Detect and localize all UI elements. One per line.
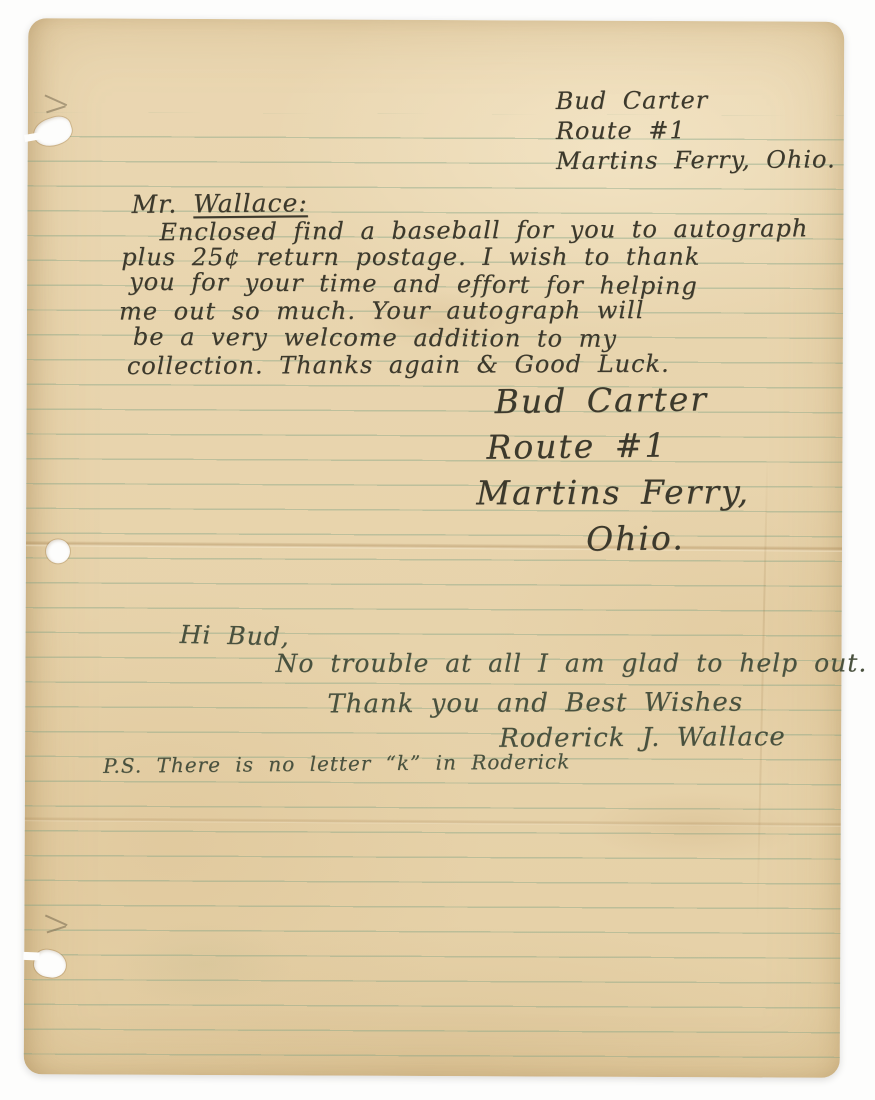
sender-address-line: Martins Ferry, Ohio. xyxy=(556,144,836,176)
tear-edge xyxy=(24,132,43,142)
body-line: be a very welcome addition to my xyxy=(133,323,617,353)
body-line: plus 25¢ return postage. I wish to thank xyxy=(121,243,700,272)
sender-address-line: Bud Carter xyxy=(556,84,836,116)
body-line: Enclosed find a baseball for you to auto… xyxy=(159,214,808,246)
tear-mark-top xyxy=(42,96,72,118)
body-line: me out so much. Your autograph will xyxy=(119,296,644,325)
signature-line: Ohio. xyxy=(586,518,685,558)
sender-address-line: Route #1 xyxy=(556,114,836,146)
salutation-name: Wallace: xyxy=(193,188,308,218)
reply-line: Thank you and Best Wishes xyxy=(327,688,743,720)
punch-hole-middle xyxy=(46,539,70,563)
scanned-letter-photo: Bud Carter Route #1 Martins Ferry, Ohio.… xyxy=(0,0,875,1100)
reply-greeting: Hi Bud, xyxy=(179,620,290,651)
tear-mark-bottom xyxy=(42,916,72,938)
signature-line: Bud Carter xyxy=(494,379,708,421)
signature-line: Route #1 xyxy=(486,425,667,466)
tear-edge xyxy=(23,952,39,961)
sender-address: Bud Carter Route #1 Martins Ferry, Ohio. xyxy=(556,84,836,176)
postscript: P.S. There is no letter “k” in Roderick xyxy=(103,749,570,777)
salutation-prefix: Mr. xyxy=(131,189,177,218)
signature-line: Martins Ferry, xyxy=(476,472,750,512)
salutation: Mr. Wallace: xyxy=(131,188,308,219)
body-line: collection. Thanks again & Good Luck. xyxy=(127,350,670,380)
reply-line: No trouble at all I am glad to help out. xyxy=(275,648,867,678)
letter-paper: Bud Carter Route #1 Martins Ferry, Ohio.… xyxy=(24,18,845,1078)
